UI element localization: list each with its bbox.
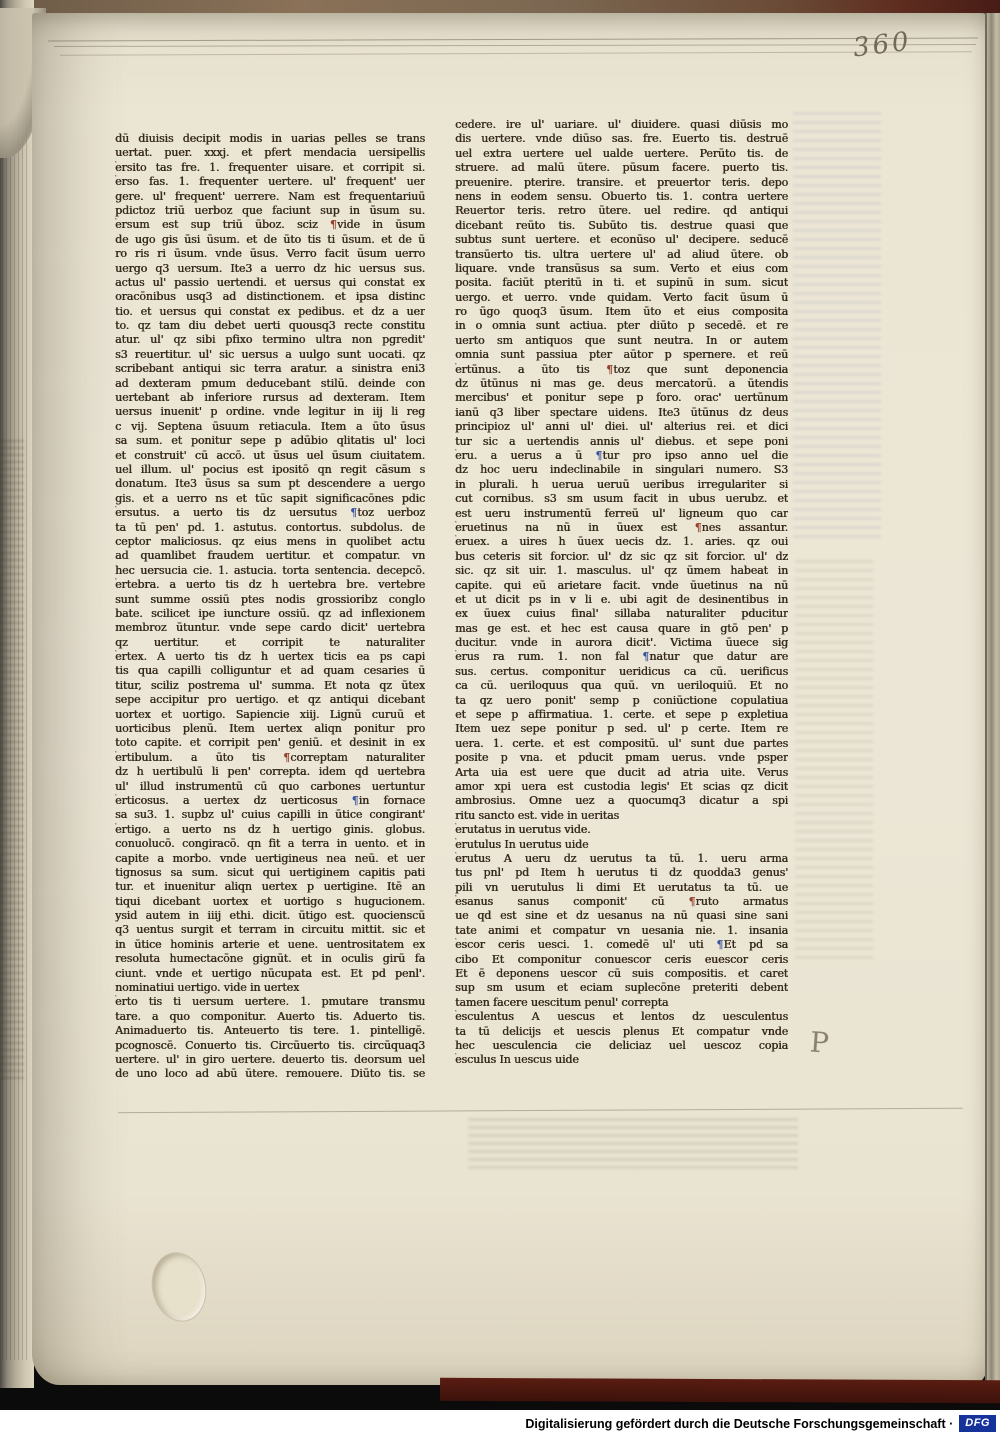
text-segment: ceptor maliciosus. qz eius mens in quoli…: [115, 535, 425, 548]
text-line: liquare. vnde transūsus sa sum. Verto et…: [455, 262, 788, 276]
illuminated-initial: U: [115, 161, 116, 175]
text-line: Uersutus. a uerto tis dz uersutus ¶toz u…: [115, 506, 425, 520]
text-segment: struere. ad malū ūtere. pūsum facere. pu…: [455, 161, 788, 174]
text-segment: ertex. A uerto tis dz h uertex ticis ea …: [115, 650, 425, 663]
text-line: sup sm usum et eciam suplecōne preteriti…: [455, 981, 788, 995]
text-segment: uergo q3 uersum. Ite3 a uerro dz hic uer…: [115, 262, 425, 275]
text-segment: in ūtice hominis arterie et uene. uentro…: [115, 938, 425, 951]
text-line: q3 uentus surgit et terram in circuitu m…: [115, 923, 425, 937]
text-segment: ianū q3 liber spectare uidens. Ite3 ūtūn…: [455, 406, 788, 419]
text-segment: ciunt. vnde et uertigo nūcupata est. Et …: [115, 967, 425, 980]
showthrough-marks: [0, 440, 24, 1080]
illuminated-initial: U: [455, 823, 456, 837]
text-segment: transūerto tis. ultra uertere ul' ad ali…: [455, 248, 788, 261]
text-line: struere. ad malū ūtere. pūsum facere. pu…: [455, 161, 788, 175]
text-segment: ertebra. a uerto tis dz h uertebra bre. …: [115, 578, 425, 591]
illuminated-initial: U: [455, 535, 456, 549]
text-segment: est ueru instrumentū ferreū ul' ligneum …: [455, 507, 788, 520]
text-segment: ersum est sup triū ūboz. sciz: [115, 218, 330, 231]
left-column: dū diuisis decipit modis in uarias pelle…: [115, 132, 425, 1082]
text-line: transūerto tis. ultra uertere ul' ad ali…: [455, 248, 788, 262]
text-segment: dz h uertibulū li pen' correpta. idem qd…: [115, 765, 425, 778]
text-line: Uersum est sup triū ūboz. sciz ¶vide in …: [115, 218, 425, 232]
pencil-mark: P: [809, 1025, 830, 1059]
text-segment: hec uersucia cie. 1. astucia. torta sent…: [115, 564, 425, 577]
text-line: tus pnl' pd Item h uerutus ti dz quodda3…: [455, 866, 788, 880]
text-line: bate. scilicet ipe iuncture ossiū. qz ad…: [115, 607, 425, 621]
text-line: subtus sunt uertere. et econūso ul' deci…: [455, 233, 788, 247]
text-segment: amor xpi uera est custodia legis' Et sci…: [455, 780, 788, 793]
text-line: uortex et uortigo. Sapiencie xiij. Lignū…: [115, 708, 425, 722]
illuminated-initial: U: [455, 650, 456, 664]
text-line: est ueru instrumentū ferreū ul' ligneum …: [455, 507, 788, 521]
text-segment: toto capite. et corripit pen' geniū. et …: [115, 736, 425, 749]
text-segment: oracōnibus usq3 ad distinctionem. et ips…: [115, 290, 425, 303]
text-segment: toz uerboz: [357, 506, 425, 519]
illuminated-initial: U: [115, 578, 116, 592]
text-segment: atur. ul' qz sibi pfixo termino ultra no…: [115, 333, 425, 346]
text-segment: dz ūtūnus ni mas ge. deus mercatorū. a ū…: [455, 377, 788, 390]
text-segment: tis qua capilli colliguntur et ad quam c…: [115, 664, 425, 677]
text-segment: principioz ul' anni ul' diei. ul' alteri…: [455, 420, 788, 433]
text-line: ca cū. ueriloquus qua quū. vn ueriloquiū…: [455, 679, 788, 693]
text-line: sa sum. et ponitur sepe p adūbio qlitati…: [115, 434, 425, 448]
text-segment: esanus sanus componit' cū: [455, 895, 689, 908]
text-line: ritu sancto est. vide in ueritas: [455, 809, 788, 823]
text-segment: cut cornibus. s3 sm usum facit in ubus u…: [455, 492, 788, 505]
text-segment: natur que datur are: [649, 650, 788, 663]
text-line: resoluta humectacōne gignūt. et in oculi…: [115, 952, 425, 966]
illuminated-initial: U: [115, 823, 116, 837]
text-line: posita. faciūt pteritū in ti. et supinū …: [455, 276, 788, 290]
illuminated-initial: U: [455, 938, 456, 952]
text-segment: dis uertere. vnde diūso sas. fre. Euerto…: [455, 132, 788, 145]
text-line: gere. ul' frequent' uerrere. Nam est fre…: [115, 190, 425, 204]
text-segment: Reuertor teris. retro ūtere. uel redire.…: [455, 204, 788, 217]
text-line: tare. a quo componitur. Auerto tis. Adue…: [115, 1010, 425, 1024]
text-line: Uescor ceris uesci. 1. comedē ul' uti ¶E…: [455, 938, 788, 952]
text-line: sus. certus. componitur ueridicus ca cū.…: [455, 665, 788, 679]
text-line: qz uertitur. et corripit te naturaliter: [115, 636, 425, 650]
text-segment: ta qz uero ponit' semp p coniūctione cop…: [455, 694, 788, 707]
text-segment: bus ceteris sit forcior. ul' dz sic qz s…: [455, 550, 788, 563]
text-line: Uerutulus In uerutus uide: [455, 838, 788, 852]
text-segment: uerto sm antiquos que sunt neutra. In or…: [455, 334, 788, 347]
illuminated-initial: U: [455, 449, 456, 463]
text-line: gis. et a uerro ns et tūc sapit signific…: [115, 492, 425, 506]
text-line: dz h uertibulū li pen' correpta. idem qd…: [115, 765, 425, 779]
text-line: ue qd est sine et dz uesanus na nū quasi…: [455, 909, 788, 923]
text-segment: tiqui dicebant uortex et uortigo s huguc…: [115, 895, 425, 908]
illuminated-initial: U: [455, 521, 456, 535]
illuminated-initial: U: [455, 1010, 456, 1024]
text-line: sic. qz sit uir. 1. masculus. ul' qz ūme…: [455, 564, 788, 578]
text-line: actus ul' passio uertendi. et uersus qui…: [115, 276, 425, 290]
text-segment: erutus A ueru dz uerutus ta tū. 1. ueru …: [455, 852, 788, 865]
scan-viewport: 360 P dū diuisis decipit modis in uarias…: [0, 0, 1000, 1437]
text-line: Animaduerto tis. Anteuerto tis tere. 1. …: [115, 1024, 425, 1038]
illuminated-initial: U: [115, 218, 116, 232]
text-segment: ro ris ri ūsum. vnde ūsus. Verro facit ū…: [115, 247, 425, 260]
text-segment: toz que sunt deponencia: [613, 363, 788, 376]
text-segment: erutulus In uerutus uide: [455, 838, 588, 851]
text-segment: dicebant reūto tis. Subūto tis. destrue …: [455, 219, 788, 232]
text-segment: esculentus A uescus et lentos dz uescule…: [455, 1010, 788, 1023]
paragraph-mark: ¶: [330, 218, 337, 231]
text-segment: de uno loco ad abū ūtere. remouere. Diūt…: [115, 1067, 425, 1080]
text-segment: capite. qui eū arietare facit. vnde ūuet…: [455, 579, 788, 592]
text-segment: ue qd est sine et dz uesanus na nū quasi…: [455, 909, 788, 922]
text-line: Reuertor teris. retro ūtere. uel redire.…: [455, 204, 788, 218]
text-segment: tus pnl' pd Item h uerutus ti dz quodda3…: [455, 866, 788, 879]
text-segment: donatum. Ite3 ūsus sa sum pt descendere …: [115, 477, 425, 490]
text-line: tur sic a uertendis annis ul' diebus. et…: [455, 435, 788, 449]
illuminated-initial: U: [455, 1053, 456, 1067]
text-line: tio. et uersus qui constat ex pedibus. e…: [115, 305, 425, 319]
text-segment: resoluta humectacōne gignūt. et in oculi…: [115, 952, 425, 965]
text-line: tiqui dicebant uortex et uortigo s huguc…: [115, 895, 425, 909]
text-line: toto capite. et corripit pen' geniū. et …: [115, 736, 425, 750]
text-line: posite p vna. et pducit pmam uerus. vnde…: [455, 751, 788, 765]
text-line: et sepe p affirmatiua. 1. certe. et sepe…: [455, 708, 788, 722]
text-segment: cibo Et componitur conuescor ceris euesc…: [455, 953, 788, 966]
text-segment: pcognoscē. Conuerto tis. Circūuerto tis.…: [115, 1039, 425, 1052]
text-segment: ertibulum. a ūto tis: [115, 751, 283, 764]
text-segment: ersutus. a uerto tis dz uersutus: [115, 506, 350, 519]
text-line: uergo. et uerro. vnde quidam. Verto faci…: [455, 291, 788, 305]
text-segment: uertebant ab inferiore rursus ad dextera…: [115, 391, 425, 404]
text-segment: mas ge est. et hec est causa quare in gt…: [455, 622, 788, 635]
text-line: sunt summe ossiū ptes nodis grossioribz …: [115, 593, 425, 607]
text-line: ambrosius. Omne uez a quocumq3 dicatur a…: [455, 794, 788, 808]
digitization-credit-bar: Digitalisierung gefördert durch die Deut…: [0, 1410, 1000, 1437]
text-segment: ad dexteram pmum deducebant stilū. deind…: [115, 377, 425, 390]
cover-bottom-edge: [440, 1378, 1000, 1403]
text-line: oracōnibus usq3 ad distinctionem. et ips…: [115, 290, 425, 304]
dfg-logo: DFG: [959, 1415, 996, 1432]
text-segment: erus ra rum. 1. non fal: [455, 650, 642, 663]
text-line: tur. et inuenitur aliqn uertex p uertigi…: [115, 880, 425, 894]
text-line: nens in eodem sensu. Obuerto tis. 1. con…: [455, 190, 788, 204]
text-line: ciunt. vnde et uertigo nūcupata est. Et …: [115, 967, 425, 981]
text-segment: et ut dicit ps in v li e. ubi agit de de…: [455, 593, 788, 606]
text-segment: erso fas. 1. frequenter uertere. ul' fre…: [115, 175, 425, 188]
text-line: uel extra uertere uel ualde uertere. Per…: [455, 147, 788, 161]
text-segment: et construit' cū accō. ut ūsus uel ūsum …: [115, 449, 425, 462]
text-segment: ersito tas fre. 1. frequenter uisare. et…: [115, 161, 425, 174]
text-line: s3 reuertitur. ul' sic uersus a uulgo su…: [115, 348, 425, 362]
text-segment: sus. certus. componitur ueridicus ca cū.…: [455, 665, 788, 678]
text-line: Ueruex. a uires h ūuex uecis dz. 1. arie…: [455, 535, 788, 549]
text-line: uel illum. ul' pocius est ipositō qn reg…: [115, 463, 425, 477]
text-line: ta tū delicijs et uescis plenus Et compa…: [455, 1025, 788, 1039]
text-line: nominatiui uertigo. vide in uertex: [115, 981, 425, 995]
text-line: ysid autem in iiij ethi. dicit. ūtigo es…: [115, 909, 425, 923]
text-segment: eruex. a uires h ūuex uecis dz. 1. aries…: [455, 535, 788, 548]
text-line: Ueruetinus na nū in ūuex est ¶nes assant…: [455, 521, 788, 535]
text-line: tamen facere uescitum penul' correpta: [455, 996, 788, 1010]
text-line: bus ceteris sit forcior. ul' dz sic qz s…: [455, 550, 788, 564]
text-segment: pdictoz triū uerboz que faciunt sup in ū…: [115, 204, 425, 217]
text-line: dū diuisis decipit modis in uarias pelle…: [115, 132, 425, 146]
text-line: in o omnia sunt actiua. pter diūto p sec…: [455, 319, 788, 333]
text-line: uersus inuenit' p ordine. vnde legitur i…: [115, 405, 425, 419]
text-line: uertere. ul' in giro uertere. deuerto ti…: [115, 1053, 425, 1067]
text-segment: ad quamlibet fraudem uertitur. et compat…: [115, 549, 425, 562]
text-segment: erto tis ti uersum uertere. 1. pmutare t…: [115, 995, 425, 1008]
text-line: Uesculentus A uescus et lentos dz uescul…: [455, 1010, 788, 1024]
text-line: c vij. Septena ūsuum retiacula. Item a ū…: [115, 420, 425, 434]
text-segment: uergo. et uerro. vnde quidam. Verto faci…: [455, 291, 788, 304]
text-line: Uesculus In uescus uide: [455, 1053, 788, 1067]
text-line: ex ūuex cuius final' sillaba naturaliter…: [455, 607, 788, 621]
illuminated-initial: U: [115, 794, 116, 808]
text-segment: dū diuisis decipit modis in uarias pelle…: [115, 132, 425, 145]
right-column: cedere. ire ul' uariare. ul' diuidere. q…: [455, 118, 788, 1068]
text-segment: omnia sunt passiua pter aūtor p spernere…: [455, 348, 788, 361]
text-segment: uortex et uortigo. Sapiencie xiij. Lignū…: [115, 708, 425, 721]
text-segment: tignosus sa sum. sicut qui uertiginem ca…: [115, 866, 425, 879]
illuminated-initial: U: [115, 650, 116, 664]
text-segment: erticosus. a uertex dz uerticosus: [115, 794, 352, 807]
text-line: Uerso fas. 1. frequenter uertere. ul' fr…: [115, 175, 425, 189]
text-segment: Item uez sepe ponitur p sed. ul' p certe…: [455, 722, 788, 735]
text-line: Uertūnus. a ūto tis ¶toz que sunt depone…: [455, 363, 788, 377]
text-segment: ca cū. ueriloquus qua quū. vn ueriloquiū…: [455, 679, 788, 692]
text-line: mas ge est. et hec est causa quare in gt…: [455, 622, 788, 636]
text-segment: correptam naturaliter: [290, 751, 425, 764]
text-segment: et sepe p affirmatiua. 1. certe. et sepe…: [455, 708, 788, 721]
text-segment: ertigo. a uerto ns dz h uertigo ginis. g…: [115, 823, 425, 836]
illuminated-initial: U: [115, 995, 116, 1009]
text-segment: sic. qz sit uir. 1. masculus. ul' qz ūme…: [455, 564, 788, 577]
text-segment: eru. a uerus a ū: [455, 449, 596, 462]
text-line: pdictoz triū uerboz que faciunt sup in ū…: [115, 204, 425, 218]
text-line: ro ūgo quoq3 ūsum. Item ūto et eius comp…: [455, 305, 788, 319]
right-page-edge: [985, 13, 1000, 1385]
text-segment: uera. 1. certe. et est compositū. ul' su…: [455, 737, 788, 750]
text-line: Arta uia est uere que ducit ad atria uit…: [455, 766, 788, 780]
text-segment: sa su3. 1. supbz ul' cuius capilli in ūt…: [115, 808, 425, 821]
text-segment: tur sic a uertendis annis ul' diebus. et…: [455, 435, 788, 448]
text-segment: to. qz tam diu debet uerti quousq3 recte…: [115, 319, 425, 332]
text-line: cut cornibus. s3 sm usum facit in ubus u…: [455, 492, 788, 506]
text-segment: capite a morbo. vnde uertigineus nea neū…: [115, 852, 425, 865]
illuminated-initial: U: [455, 838, 456, 852]
text-segment: tio. et uersus qui constat ex pedibus. e…: [115, 305, 425, 318]
text-segment: hec uesculencia cie deliciaz uel uescoz …: [455, 1039, 788, 1052]
text-line: preuenire. pterire. transire. et preuert…: [455, 176, 788, 190]
text-segment: in plurali. h uerua ueruū ueribus irregu…: [455, 478, 788, 491]
illuminated-initial: U: [455, 852, 456, 866]
text-line: tate animi et compatur vn uesania nie. 1…: [455, 924, 788, 938]
text-line: ro ris ri ūsum. vnde ūsus. Verro facit ū…: [115, 247, 425, 261]
text-segment: qz uertitur. et corripit te naturaliter: [115, 636, 425, 649]
text-segment: mercibus' et ponitur sepe p foro. orac' …: [455, 391, 788, 404]
text-segment: tur pro ipso anno uel die: [602, 449, 788, 462]
text-line: Uerticosus. a uertex dz uerticosus ¶in f…: [115, 794, 425, 808]
text-line: Uerus ra rum. 1. non fal ¶natur que datu…: [455, 650, 788, 664]
text-line: in plurali. h uerua ueruū ueribus irregu…: [455, 478, 788, 492]
text-line: tignosus sa sum. sicut qui uertiginem ca…: [115, 866, 425, 880]
text-line: uera. 1. certe. et est compositū. ul' su…: [455, 737, 788, 751]
text-line: de uno loco ad abū ūtere. remouere. Diūt…: [115, 1067, 425, 1081]
text-line: dicebant reūto tis. Subūto tis. destrue …: [455, 219, 788, 233]
text-segment: gis. et a uerro ns et tūc sapit signific…: [115, 492, 425, 505]
text-segment: sunt summe ossiū ptes nodis grossioribz …: [115, 593, 425, 606]
text-line: et construit' cū accō. ut ūsus uel ūsum …: [115, 449, 425, 463]
text-line: Uertigo. a uerto ns dz h uertigo ginis. …: [115, 823, 425, 837]
text-segment: Arta uia est uere que ducit ad atria uit…: [455, 766, 788, 779]
book-photo: 360 P dū diuisis decipit modis in uarias…: [0, 0, 1000, 1410]
credit-text: Digitalisierung gefördert durch die Deut…: [525, 1417, 953, 1431]
text-segment: esculus In uescus uide: [455, 1053, 579, 1066]
text-line: ceptor maliciosus. qz eius mens in quoli…: [115, 535, 425, 549]
text-line: pcognoscē. Conuerto tis. Circūuerto tis.…: [115, 1039, 425, 1053]
text-line: hec uesculencia cie deliciaz uel uescoz …: [455, 1039, 788, 1053]
text-segment: ertūnus. a ūto tis: [455, 363, 606, 376]
text-line: Uertibulum. a ūto tis ¶correptam natural…: [115, 751, 425, 765]
text-line: uergo q3 uersum. Ite3 a uerro dz hic uer…: [115, 262, 425, 276]
text-line: capite a morbo. vnde uertigineus nea neū…: [115, 852, 425, 866]
text-segment: tamen facere uescitum penul' correpta: [455, 996, 668, 1009]
text-line: uerto sm antiquos que sunt neutra. In or…: [455, 334, 788, 348]
text-segment: c vij. Septena ūsuum retiacula. Item a ū…: [115, 420, 425, 433]
text-segment: q3 uentus surgit et terram in circuitu m…: [115, 923, 425, 936]
text-segment: preuenire. pterire. transire. et preuert…: [455, 176, 788, 189]
text-segment: subtus sunt uertere. et econūso ul' deci…: [455, 233, 788, 246]
text-line: ta tū pen' pd. 1. astutus. contortus. su…: [115, 521, 425, 535]
text-segment: posita. faciūt pteritū in ti. et supinū …: [455, 276, 788, 289]
text-segment: pili vn uerutulus li dimi Et uerutatus t…: [455, 881, 788, 894]
text-segment: ritu sancto est. vide in ueritas: [455, 809, 619, 822]
text-segment: titur, sciliz postrema ul' summa. Et not…: [115, 679, 425, 692]
paragraph-mark: ¶: [695, 521, 702, 534]
text-line: de ugo gis ūsi ūsum. et de ūto tis ti ūs…: [115, 233, 425, 247]
text-line: membroz ūtuntur. vnde sepe cardo dicit' …: [115, 621, 425, 635]
text-line: ul' illud instrumentū cū quo carbones ue…: [115, 780, 425, 794]
text-line: Item uez sepe ponitur p sed. ul' p certe…: [455, 722, 788, 736]
text-segment: Animaduerto tis. Anteuerto tis tere. 1. …: [115, 1024, 425, 1037]
text-segment: uorticibus plenū. Item uertex aliqn poni…: [115, 722, 425, 735]
text-line: sepe accipitur pro uertigo. et qz antiqu…: [115, 693, 425, 707]
text-line: ducitur. vnde in aurora dicit'. Victima …: [455, 636, 788, 650]
text-line: titur, sciliz postrema ul' summa. Et not…: [115, 679, 425, 693]
text-segment: ysid autem in iiij ethi. dicit. ūtigo es…: [115, 909, 425, 922]
text-line: cibo Et componitur conuescor ceris euesc…: [455, 953, 788, 967]
text-segment: ducitur. vnde in aurora dicit'. Victima …: [455, 636, 788, 649]
text-segment: Et pd sa: [723, 938, 788, 951]
illuminated-initial: U: [115, 506, 116, 520]
text-segment: scribebant antiqui sic terra aratur. a s…: [115, 362, 425, 375]
text-segment: tur. et inuenitur aliqn uertex p uertigi…: [115, 880, 425, 893]
text-line: sa su3. 1. supbz ul' cuius capilli in ūt…: [115, 808, 425, 822]
text-line: ad dexteram pmum deducebant stilū. deind…: [115, 377, 425, 391]
text-segment: uertere. ul' in giro uertere. deuerto ti…: [115, 1053, 425, 1066]
text-line: Et ē deponens uescor cū suis compositis.…: [455, 967, 788, 981]
text-line: to. qz tam diu debet uerti quousq3 recte…: [115, 319, 425, 333]
text-segment: actus ul' passio uertendi. et uersus qui…: [115, 276, 425, 289]
text-line: tis qua capilli colliguntur et ad quam c…: [115, 664, 425, 678]
text-segment: ambrosius. Omne uez a quocumq3 dicatur a…: [455, 794, 788, 807]
text-segment: vide in ūsum: [337, 218, 425, 231]
text-line: dz ūtūnus ni mas ge. deus mercatorū. a ū…: [455, 377, 788, 391]
text-segment: uersus inuenit' p ordine. vnde legitur i…: [115, 405, 425, 418]
text-line: atur. ul' qz sibi pfixo termino ultra no…: [115, 333, 425, 347]
text-line: capite. qui eū arietare facit. vnde ūuet…: [455, 579, 788, 593]
text-segment: ruto armatus: [695, 895, 788, 908]
text-line: Uerutus A ueru dz uerutus ta tū. 1. ueru…: [455, 852, 788, 866]
text-segment: in o omnia sunt actiua. pter diūto p sec…: [455, 319, 788, 332]
paragraph-mark: ¶: [352, 794, 359, 807]
text-line: Ueru. a uerus a ū ¶tur pro ipso anno uel…: [455, 449, 788, 463]
text-segment: sa sum. et ponitur sepe p adūbio qlitati…: [115, 434, 425, 447]
text-line: uorticibus plenū. Item uertex aliqn poni…: [115, 722, 425, 736]
text-segment: ro ūgo quoq3 ūsum. Item ūto et eius comp…: [455, 305, 788, 318]
text-line: mercibus' et ponitur sepe p foro. orac' …: [455, 391, 788, 405]
text-segment: liquare. vnde transūsus sa sum. Verto et…: [455, 262, 788, 275]
illuminated-initial: U: [455, 363, 456, 377]
text-line: ta qz uero ponit' semp p coniūctione cop…: [455, 694, 788, 708]
text-segment: conuolucō. congiracō. qn fit a terra in …: [115, 837, 425, 850]
text-segment: in fornace: [359, 794, 425, 807]
illuminated-initial: U: [115, 751, 116, 765]
text-line: conuolucō. congiracō. qn fit a terra in …: [115, 837, 425, 851]
text-segment: escor ceris uesci. 1. comedē ul' uti: [455, 938, 717, 951]
text-segment: tare. a quo componitur. Auerto tis. Adue…: [115, 1010, 425, 1023]
text-line: Uesanus sanus componit' cū ¶ruto armatus: [455, 895, 788, 909]
text-line: in ūtice hominis arterie et uene. uentro…: [115, 938, 425, 952]
text-segment: nens in eodem sensu. Obuerto tis. 1. con…: [455, 190, 788, 203]
text-line: omnia sunt passiua pter aūtor p spernere…: [455, 348, 788, 362]
text-segment: dz hoc ueru indeclinabile in singulari n…: [455, 463, 788, 476]
text-segment: nominatiui uertigo. vide in uertex: [115, 981, 299, 994]
text-segment: Et ē deponens uescor cū suis compositis.…: [455, 967, 788, 980]
text-segment: sepe accipitur pro uertigo. et qz antiqu…: [115, 693, 425, 706]
text-segment: ul' illud instrumentū cū quo carbones ue…: [115, 780, 425, 793]
text-line: ad quamlibet fraudem uertitur. et compat…: [115, 549, 425, 563]
text-line: uertebant ab inferiore rursus ad dextera…: [115, 391, 425, 405]
text-segment: ta tū delicijs et uescis plenus Et compa…: [455, 1025, 788, 1038]
text-line: donatum. Ite3 ūsus sa sum pt descendere …: [115, 477, 425, 491]
text-line: et ut dicit ps in v li e. ubi agit de de…: [455, 593, 788, 607]
text-segment: uel illum. ul' pocius est ipositō qn reg…: [115, 463, 425, 476]
text-segment: membroz ūtuntur. vnde sepe cardo dicit' …: [115, 621, 425, 634]
text-line: Uertebra. a uerto tis dz h uertebra bre.…: [115, 578, 425, 592]
text-segment: ex ūuex cuius final' sillaba naturaliter…: [455, 607, 788, 620]
text-segment: uertat. puer. xxxj. et pfert mendacia ue…: [115, 146, 425, 159]
text-segment: nes assantur.: [702, 521, 788, 534]
illuminated-initial: U: [455, 895, 456, 909]
text-line: principioz ul' anni ul' diei. ul' alteri…: [455, 420, 788, 434]
text-line: hec uersucia cie. 1. astucia. torta sent…: [115, 564, 425, 578]
text-line: dis uertere. vnde diūso sas. fre. Euerto…: [455, 132, 788, 146]
text-segment: ta tū pen' pd. 1. astutus. contortus. su…: [115, 521, 425, 534]
text-segment: eruetinus na nū in ūuex est: [455, 521, 695, 534]
text-line: uertat. puer. xxxj. et pfert mendacia ue…: [115, 146, 425, 160]
text-segment: tate animi et compatur vn uesania nie. 1…: [455, 924, 788, 937]
text-line: dz hoc ueru indeclinabile in singulari n…: [455, 463, 788, 477]
text-line: Uerto tis ti uersum uertere. 1. pmutare …: [115, 995, 425, 1009]
text-line: cedere. ire ul' uariare. ul' diuidere. q…: [455, 118, 788, 132]
text-line: pili vn uerutulus li dimi Et uerutatus t…: [455, 881, 788, 895]
text-segment: uel extra uertere uel ualde uertere. Per…: [455, 147, 788, 160]
text-line: Uersito tas fre. 1. frequenter uisare. e…: [115, 161, 425, 175]
text-segment: s3 reuertitur. ul' sic uersus a uulgo su…: [115, 348, 425, 361]
text-line: amor xpi uera est custodia legis' Et sci…: [455, 780, 788, 794]
text-line: Uertex. A uerto tis dz h uertex ticis ea…: [115, 650, 425, 664]
text-segment: cedere. ire ul' uariare. ul' diuidere. q…: [455, 118, 788, 131]
